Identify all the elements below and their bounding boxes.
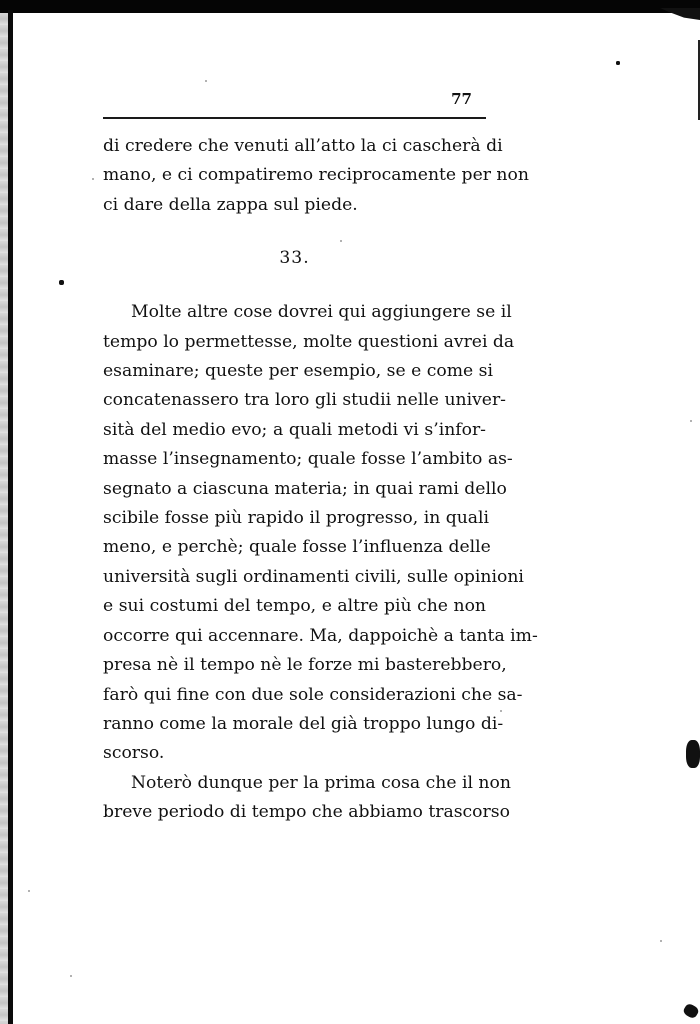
text-line: Noterò dunque per la prima cosa che il n… xyxy=(103,769,486,798)
text-line: e sui costumi del tempo, e altre più che… xyxy=(103,592,486,621)
text-line: tempo lo permettesse, molte questioni av… xyxy=(103,328,486,357)
paper-speck xyxy=(70,975,72,977)
book-page: 77 di credere che venuti all’atto la ci … xyxy=(103,86,486,828)
text-line: presa nè il tempo nè le forze mi bastere… xyxy=(103,651,486,680)
section-number: 33. xyxy=(103,248,486,268)
text-line: sità del medio evo; a quali metodi vi s’… xyxy=(103,416,486,445)
text-line: occorre qui accennare. Ma, dappoichè a t… xyxy=(103,622,486,651)
scan-top-border xyxy=(0,0,700,13)
paper-speck xyxy=(500,710,502,712)
scan-left-border xyxy=(8,10,13,1024)
paper-speck xyxy=(690,420,692,422)
page-number: 77 xyxy=(451,90,472,108)
text-line: ranno come la morale del già troppo lung… xyxy=(103,710,486,739)
text-line: farò qui fine con due sole considerazion… xyxy=(103,681,486,710)
text-line: Molte altre cose dovrei qui aggiungere s… xyxy=(103,298,486,327)
running-header: 77 xyxy=(103,86,486,119)
paragraph: Molte altre cose dovrei qui aggiungere s… xyxy=(103,298,486,769)
text-line: concatenassero tra loro gli studii nelle… xyxy=(103,386,486,415)
text-line: meno, e perchè; quale fosse l’influenza … xyxy=(103,533,486,562)
scan-left-margin-strip xyxy=(0,13,8,1024)
text-line: esaminare; queste per esempio, se e come… xyxy=(103,357,486,386)
text-line: ci dare della zappa sul piede. xyxy=(103,191,486,220)
continued-paragraph: di credere che venuti all’atto la ci cas… xyxy=(103,132,486,220)
text-line: scibile fosse più rapido il progresso, i… xyxy=(103,504,486,533)
ink-blot xyxy=(682,1002,700,1019)
ink-blot xyxy=(616,61,620,65)
paper-speck xyxy=(92,178,94,180)
ink-blot xyxy=(59,280,64,285)
paper-speck xyxy=(660,940,662,942)
scan-corner-artifact xyxy=(660,8,700,20)
paragraph: Noterò dunque per la prima cosa che il n… xyxy=(103,769,486,828)
text-line: scorso. xyxy=(103,739,486,768)
text-line: breve periodo di tempo che abbiamo trasc… xyxy=(103,798,486,827)
text-line: mano, e ci compatiremo reciprocamente pe… xyxy=(103,161,486,190)
text-line: masse l’insegnamento; quale fosse l’ambi… xyxy=(103,445,486,474)
paper-speck xyxy=(28,890,30,892)
text-line: università sugli ordinamenti civili, sul… xyxy=(103,563,486,592)
text-line: segnato a ciascuna materia; in quai rami… xyxy=(103,475,486,504)
paper-speck xyxy=(205,80,207,82)
text-line: di credere che venuti all’atto la ci cas… xyxy=(103,132,486,161)
ink-blot xyxy=(686,740,700,768)
